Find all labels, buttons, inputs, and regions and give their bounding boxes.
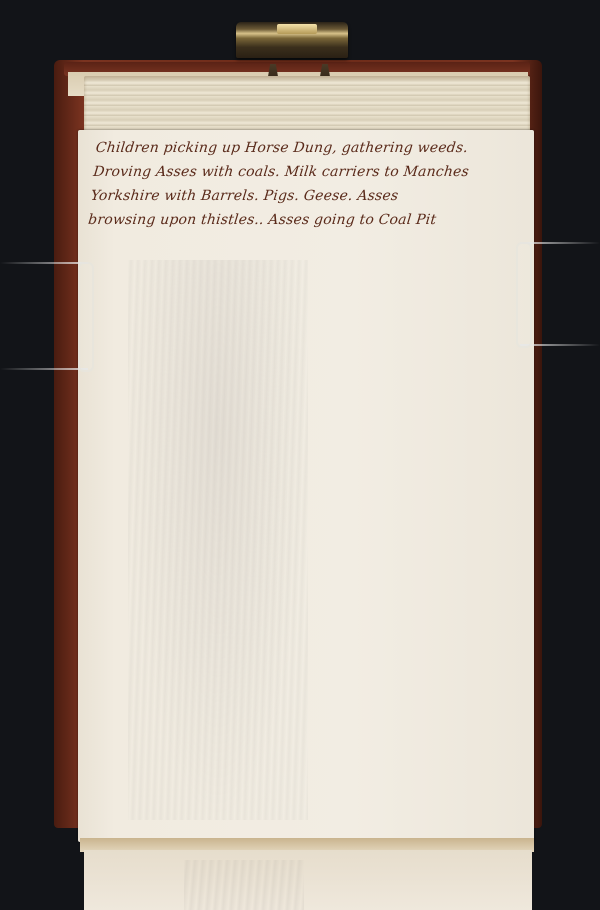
mount-strap-right-top: [520, 242, 600, 244]
note-line: browsing upon thistles.. Asses going to …: [87, 208, 530, 232]
note-line: Children picking up Horse Dung, gatherin…: [95, 136, 538, 160]
pencil-sketch: [128, 260, 308, 820]
mount-loop-right: [516, 242, 532, 348]
mount-strap-left-bottom: [0, 368, 88, 370]
facing-page: [84, 850, 532, 910]
mount-loop-left: [78, 262, 94, 372]
facing-page-sketch: [184, 860, 304, 910]
page-stack-edges: [84, 76, 530, 134]
mount-strap-left-top: [0, 262, 88, 264]
note-line: Yorkshire with Barrels. Pigs. Geese. Ass…: [89, 184, 532, 208]
sketchbook-page: Children picking up Horse Dung, gatherin…: [78, 130, 534, 842]
mount-strap-right-bottom: [520, 344, 600, 346]
clasp-hinge: [277, 24, 317, 34]
note-line: Droving Asses with coals. Milk carriers …: [92, 160, 535, 184]
handwritten-notes: Children picking up Horse Dung, gatherin…: [87, 136, 537, 232]
